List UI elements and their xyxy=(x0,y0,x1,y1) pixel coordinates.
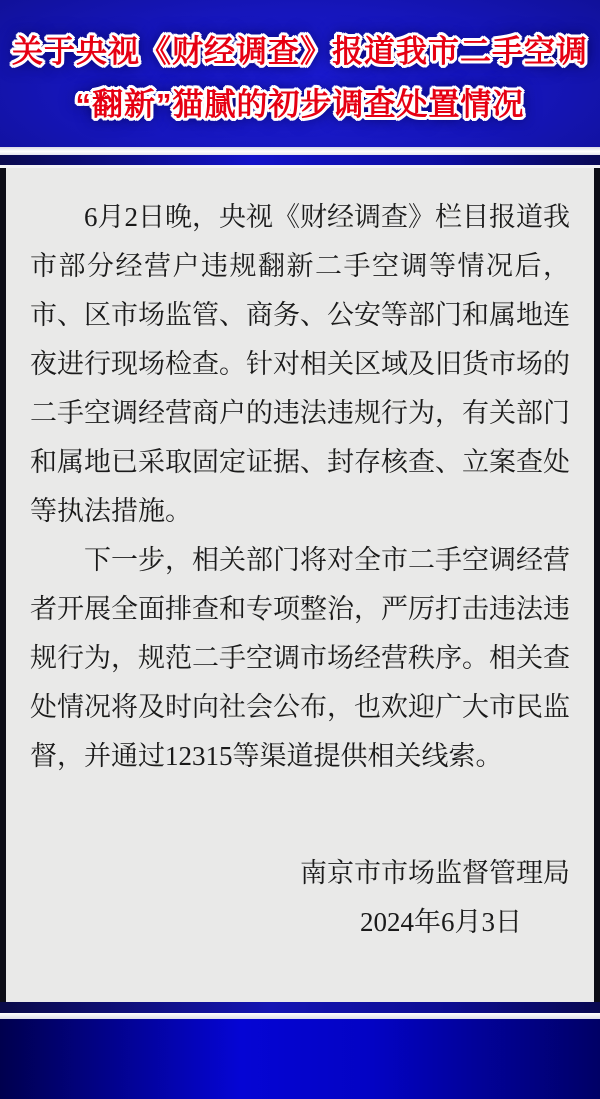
content-panel: 6月2日晚，央视《财经调查》栏目报道我市部分经营户违规翻新二手空调等情况后，市、… xyxy=(0,168,600,1002)
issue-date: 2024年6月3日 xyxy=(30,898,570,947)
title-line-1: 关于央视《财经调查》报道我市二手空调 xyxy=(12,34,588,70)
issuer-name: 南京市市场监督管理局 xyxy=(30,849,570,898)
announcement-poster: 关于央视《财经调查》报道我市二手空调 “翻新”猫腻的初步调查处置情况 6月2日晚… xyxy=(0,0,600,1099)
divider-white-top xyxy=(0,147,600,155)
body-paragraph-2: 下一步，相关部门将对全市二手空调经营者开展全面排查和专项整治，严厉打击违法违规行… xyxy=(30,536,570,781)
body-paragraph-1: 6月2日晚，央视《财经调查》栏目报道我市部分经营户违规翻新二手空调等情况后，市、… xyxy=(30,193,570,536)
header-banner: 关于央视《财经调查》报道我市二手空调 “翻新”猫腻的初步调查处置情况 xyxy=(0,0,600,147)
divider-blue-top xyxy=(0,155,600,165)
divider-blue-bottom xyxy=(0,1002,600,1013)
title-line-2: “翻新”猫腻的初步调查处置情况 xyxy=(76,87,525,123)
footer-banner xyxy=(0,1019,600,1099)
signature-block: 南京市市场监督管理局 2024年6月3日 xyxy=(30,849,570,947)
